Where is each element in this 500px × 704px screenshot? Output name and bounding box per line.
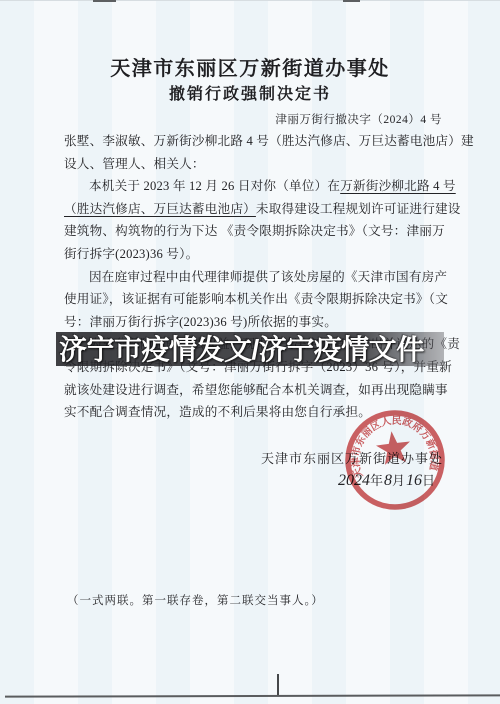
signature-org-name: 天津市东丽区万新街道办事处 — [261, 448, 443, 467]
recipient-line-1: 张墅、李淑敏、万新街沙柳北路 4 号（胜达汽修店、万巨达蓄电池店）建 — [64, 134, 474, 148]
document-number: 津丽万街行撤决字（2024）4 号 — [275, 111, 442, 127]
paragraph-3-text: 号：津丽万街行拆字(2023)36 号)所依据的事实。 — [64, 315, 337, 329]
body-line: 号：津丽万街行拆字(2023)36 号)所依据的事实。 — [64, 311, 446, 334]
body-line: 街行拆字(2023)36 号）。 — [64, 243, 446, 266]
paragraph-3-text: 使用证》，该证据有可能影响本机关作出《责令限期拆除决定书》（文 — [64, 292, 448, 306]
scan-speck — [93, 0, 116, 2]
body-line: 使用证》，该证据有可能影响本机关作出《责令限期拆除决定书》（文 — [64, 288, 446, 311]
body-line: 就该处建设进行调查，希望您能够配合本机关调查，如再出现隐瞒事 — [64, 379, 446, 402]
paragraph-2-text: 街行拆字(2023)36 号）。 — [64, 247, 198, 261]
body-line: 张墅、李淑敏、万新街沙柳北路 4 号（胜达汽修店、万巨达蓄电池店）建 — [64, 130, 446, 153]
document-org-title: 天津市东丽区万新街道办事处 — [0, 52, 500, 81]
watermark-text: 济宁市疫情发文/济宁疫情文件 — [59, 333, 424, 367]
scanned-document-page: 天津市东丽区万新街道办事处 撤销行政强制决定书 津丽万街行撤决字（2024）4 … — [0, 0, 500, 704]
body-line: 因在庭审过程中由代理律师提供了该处房屋的《天津市国有房产 — [64, 266, 446, 289]
body-line: （胜达汽修店、万巨达蓄电池店）未取得建设工程规划许可证进行建设 — [64, 198, 446, 221]
day-label: 日 — [422, 473, 436, 488]
paragraph-2-text: 未取得建设工程规划许可证进行建设 — [256, 202, 461, 216]
recipient-line-2: 设人、管理人、相关人： — [64, 157, 205, 171]
document-type-title: 撤销行政强制决定书 — [0, 81, 500, 104]
body-line: 实不配合调查情况，造成的不利后果将由您自行承担。 — [64, 401, 446, 424]
handwritten-day: 16 — [406, 472, 422, 489]
body-line: 本机关于 2023 年 12 月 26 日对你（单位）在万新街沙柳北路 4 号 — [64, 175, 446, 198]
paragraph-4-text: 实不配合调查情况，造成的不利后果将由您自行承担。 — [64, 405, 371, 419]
paragraph-2-text: 本机关于 2023 年 12 月 26 日对你（单位）在 — [89, 179, 340, 193]
copies-distribution-note: （一式两联。第一联存卷，第二联交当事人。） — [67, 592, 324, 608]
handwritten-year: 2024 — [338, 472, 370, 489]
scan-speck — [343, 0, 360, 2]
paragraph-4-text: 就该处建设进行调查，希望您能够配合本机关调查，如再出现隐瞒事 — [64, 383, 448, 397]
paragraph-3-text: 因在庭审过程中由代理律师提供了该处房屋的《天津市国有房产 — [89, 270, 447, 284]
handwritten-month: 8 — [384, 472, 392, 489]
document-body: 张墅、李淑敏、万新街沙柳北路 4 号（胜达汽修店、万巨达蓄电池店）建 设人、管理… — [64, 130, 446, 424]
year-label: 年 — [370, 473, 384, 488]
paragraph-2-underlined-address: 万新街沙柳北路 4 号 — [340, 179, 456, 193]
paragraph-2-text: 建筑物、构筑物的行为下达 《责令限期拆除决定书》（文号：津丽万 — [64, 224, 445, 238]
scan-top-edge — [0, 0, 500, 1]
paragraph-2-underlined-shops: （胜达汽修店、万巨达蓄电池店） — [64, 202, 256, 216]
body-line: 设人、管理人、相关人： — [64, 153, 446, 176]
scan-tick-mark — [277, 674, 279, 696]
signature-date: 2024年8月16日 — [338, 470, 436, 490]
body-line: 建筑物、构筑物的行为下达 《责令限期拆除决定书》（文号：津丽万 — [64, 220, 446, 243]
month-label: 月 — [392, 473, 406, 488]
scan-bottom-edge — [5, 694, 500, 697]
